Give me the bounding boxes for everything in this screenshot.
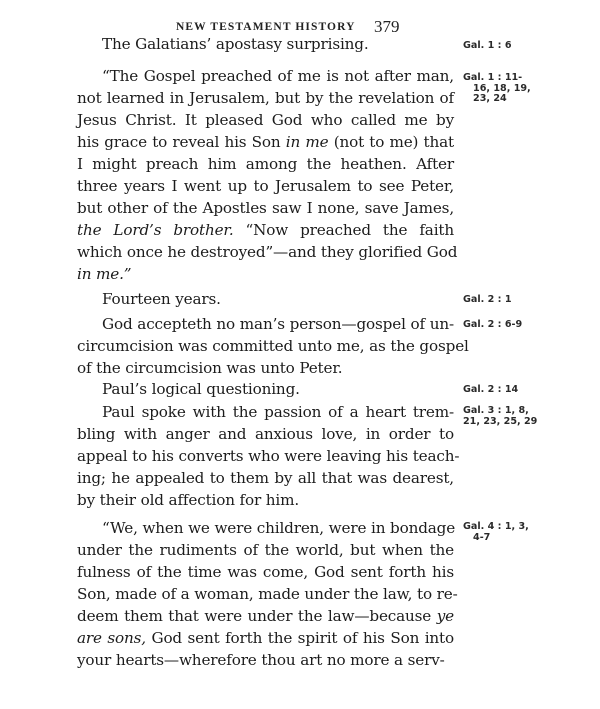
- text-line: The Galatians’ apostasy surprising.: [77, 33, 454, 55]
- text-line: I might preach him among the heathen. Af…: [77, 153, 454, 175]
- paragraph-when-we-were-children: “We, when we were children, were in bond…: [77, 517, 454, 671]
- section-heading-fourteen-years: Fourteen years.: [77, 288, 454, 310]
- paragraph-gospel-not-after-man: “The Gospel preached of me is not after …: [77, 65, 454, 285]
- text-line: Fourteen years.: [77, 288, 454, 310]
- text-line: the Lord’s brother. “Now preached the fa…: [77, 219, 454, 241]
- text-line: bling with anger and anxious love, in or…: [77, 423, 454, 445]
- paragraph-text: God accepteth no man’s person—gospel of …: [77, 313, 454, 379]
- text-line: Paul spoke with the passion of a heart t…: [77, 401, 454, 423]
- margin-note-gal-2-14: Gal. 2 : 14: [463, 385, 518, 396]
- text-line: but other of the Apostles saw I none, sa…: [77, 197, 454, 219]
- paragraph-paul-spoke: Paul spoke with the passion of a heart t…: [77, 401, 454, 511]
- text-line: by their old affection for him.: [77, 489, 454, 511]
- section-heading-logical-questioning: Paul’s logical questioning.: [77, 378, 454, 400]
- text-line: not learned in Jerusalem, but by the rev…: [77, 87, 454, 109]
- text-line: are sons, God sent forth the spirit of h…: [77, 627, 454, 649]
- paragraph-god-accepteth: God accepteth no man’s person—gospel of …: [77, 313, 454, 379]
- text-line: of the circumcision was unto Peter.: [77, 357, 454, 379]
- italic-text: are sons,: [77, 629, 146, 647]
- paragraph-text: The Galatians’ apostasy surprising.: [77, 33, 454, 55]
- text-line: in me.”: [77, 263, 454, 285]
- margin-note-gal-1-6: Gal. 1 : 6: [463, 41, 512, 52]
- italic-text: the Lord’s brother.: [77, 221, 234, 239]
- paragraph-text: Paul’s logical questioning.: [77, 378, 454, 400]
- book-page: NEW TESTAMENT HISTORY 379 The Galatians’…: [0, 0, 600, 709]
- italic-text: in me: [286, 133, 329, 151]
- text-line: Jesus Christ. It pleased God who called …: [77, 109, 454, 131]
- italic-text: in me.”: [77, 265, 131, 283]
- margin-note-gal-1-11: Gal. 1 : 11- 16, 18, 19, 23, 24: [463, 73, 531, 105]
- margin-note-gal-3: Gal. 3 : 1, 8, 21, 23, 25, 29: [463, 406, 537, 427]
- paragraph-text: Paul spoke with the passion of a heart t…: [77, 401, 454, 511]
- text-line: ing; he appealed to them by all that was…: [77, 467, 454, 489]
- text-line: which once he destroyed”—and they glorif…: [77, 241, 454, 263]
- section-heading-galatians-apostasy: The Galatians’ apostasy surprising.: [77, 33, 454, 55]
- text-line: your hearts—wherefore thou art no more a…: [77, 649, 454, 671]
- text-line: God accepteth no man’s person—gospel of …: [77, 313, 454, 335]
- margin-note-gal-4: Gal. 4 : 1, 3, 4-7: [463, 522, 529, 543]
- paragraph-text: “The Gospel preached of me is not after …: [77, 65, 454, 285]
- text-line: “We, when we were children, were in bond…: [77, 517, 454, 539]
- italic-text: ye: [437, 607, 454, 625]
- text-line: “The Gospel preached of me is not after …: [77, 65, 454, 87]
- paragraph-text: Fourteen years.: [77, 288, 454, 310]
- text-line: Paul’s logical questioning.: [77, 378, 454, 400]
- text-line: under the rudiments of the world, but wh…: [77, 539, 454, 561]
- text-line: his grace to reveal his Son in me (not t…: [77, 131, 454, 153]
- text-line: deem them that were under the law—becaus…: [77, 605, 454, 627]
- margin-note-gal-2-1: Gal. 2 : 1: [463, 295, 512, 306]
- text-line: fulness of the time was come, God sent f…: [77, 561, 454, 583]
- text-line: three years I went up to Jerusalem to se…: [77, 175, 454, 197]
- text-line: Son, made of a woman, made under the law…: [77, 583, 454, 605]
- margin-note-gal-2-6: Gal. 2 : 6-9: [463, 320, 522, 331]
- text-line: appeal to his converts who were leaving …: [77, 445, 454, 467]
- running-title: NEW TESTAMENT HISTORY: [176, 21, 356, 33]
- text-line: circumcision was committed unto me, as t…: [77, 335, 454, 357]
- paragraph-text: “We, when we were children, were in bond…: [77, 517, 454, 671]
